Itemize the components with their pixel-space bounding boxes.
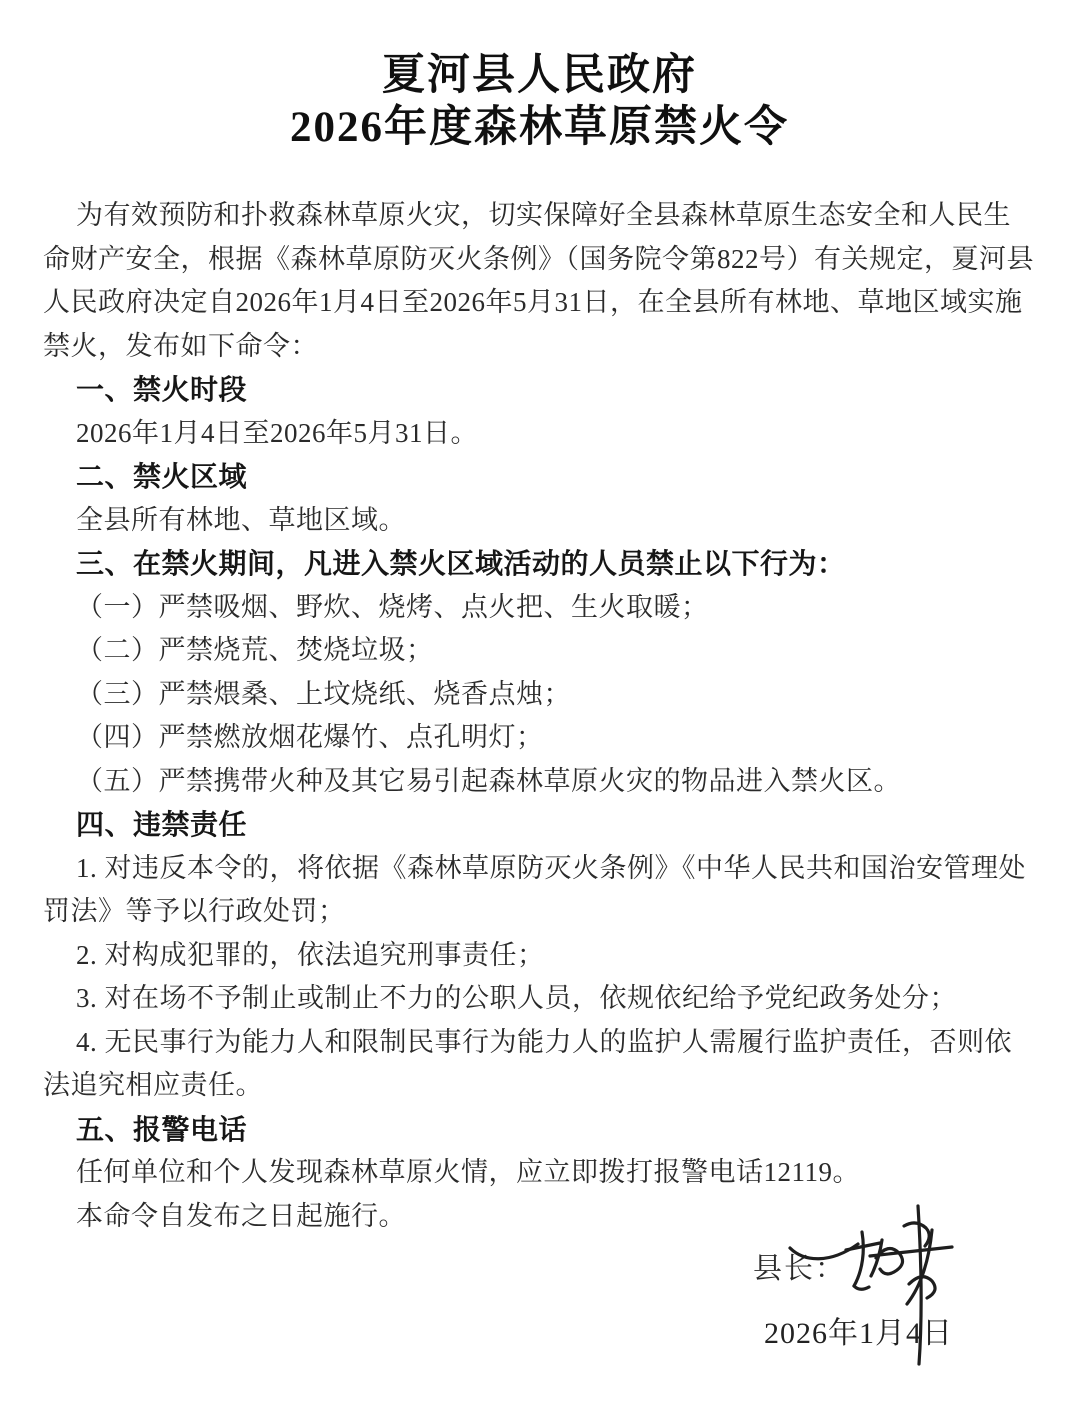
signature-date: 2026年1月4日 — [764, 1308, 953, 1352]
section-heading: 三、在禁火期间，凡进入禁火区域活动的人员禁止以下行为： — [43, 542, 1036, 586]
section-heading: 二、禁火区域 — [43, 455, 1036, 499]
paragraph: 全县所有林地、草地区域。 — [43, 499, 1036, 543]
paragraph: 任何单位和个人发现森林草原火情，应立即拨打报警电话12119。 — [43, 1151, 1036, 1195]
document-title-block: 夏河县人民政府 2026年度森林草原禁火令 — [43, 50, 1036, 154]
list-item: （五）严禁携带火种及其它易引起森林草原火灾的物品进入禁火区。 — [43, 760, 1036, 804]
fire-ban-order-document: 夏河县人民政府 2026年度森林草原禁火令 为有效预防和扑救森林草原火灾，切实保… — [0, 0, 1080, 1409]
list-item: 2. 对构成犯罪的，依法追究刑事责任； — [43, 934, 1036, 978]
section-violation-liability: 四、违禁责任 1. 对违反本令的，将依据《森林草原防灭火条例》《中华人民共和国治… — [43, 803, 1036, 1108]
section-prohibited-activities: 三、在禁火期间，凡进入禁火区域活动的人员禁止以下行为： （一）严禁吸烟、野炊、烧… — [43, 542, 1036, 803]
paragraph: 2026年1月4日至2026年5月31日。 — [43, 412, 1036, 456]
list-item: （二）严禁烧荒、焚烧垃圾； — [43, 629, 1036, 673]
list-item: 4. 无民事行为能力人和限制民事行为能力人的监护人需履行监护责任，否则依法追究相… — [43, 1021, 1036, 1108]
list-item: （一）严禁吸烟、野炊、烧烤、点火把、生火取暖； — [43, 586, 1036, 630]
intro-paragraph: 为有效预防和扑救森林草原火灾，切实保障好全县森林草原生态安全和人民生命财产安全，… — [43, 194, 1036, 368]
section-fire-ban-area: 二、禁火区域 全县所有林地、草地区域。 — [43, 455, 1036, 542]
list-item: 1. 对违反本令的，将依据《森林草原防灭火条例》《中华人民共和国治安管理处罚法》… — [43, 847, 1036, 934]
list-item: （四）严禁燃放烟花爆竹、点孔明灯； — [43, 716, 1036, 760]
document-title-line2: 2026年度森林草原禁火令 — [43, 102, 1036, 154]
document-content: 夏河县人民政府 2026年度森林草原禁火令 为有效预防和扑救森林草原火灾，切实保… — [0, 0, 1080, 1238]
list-item: 3. 对在场不予制止或制止不力的公职人员，依规依纪给予党纪政务处分； — [43, 977, 1036, 1021]
document-title-line1: 夏河县人民政府 — [43, 50, 1036, 102]
list-item: （三）严禁煨桑、上坟烧纸、烧香点烛； — [43, 673, 1036, 717]
section-heading: 四、违禁责任 — [43, 803, 1036, 847]
section-fire-ban-period: 一、禁火时段 2026年1月4日至2026年5月31日。 — [43, 368, 1036, 455]
section-heading: 一、禁火时段 — [43, 368, 1036, 412]
section-heading: 五、报警电话 — [43, 1108, 1036, 1152]
